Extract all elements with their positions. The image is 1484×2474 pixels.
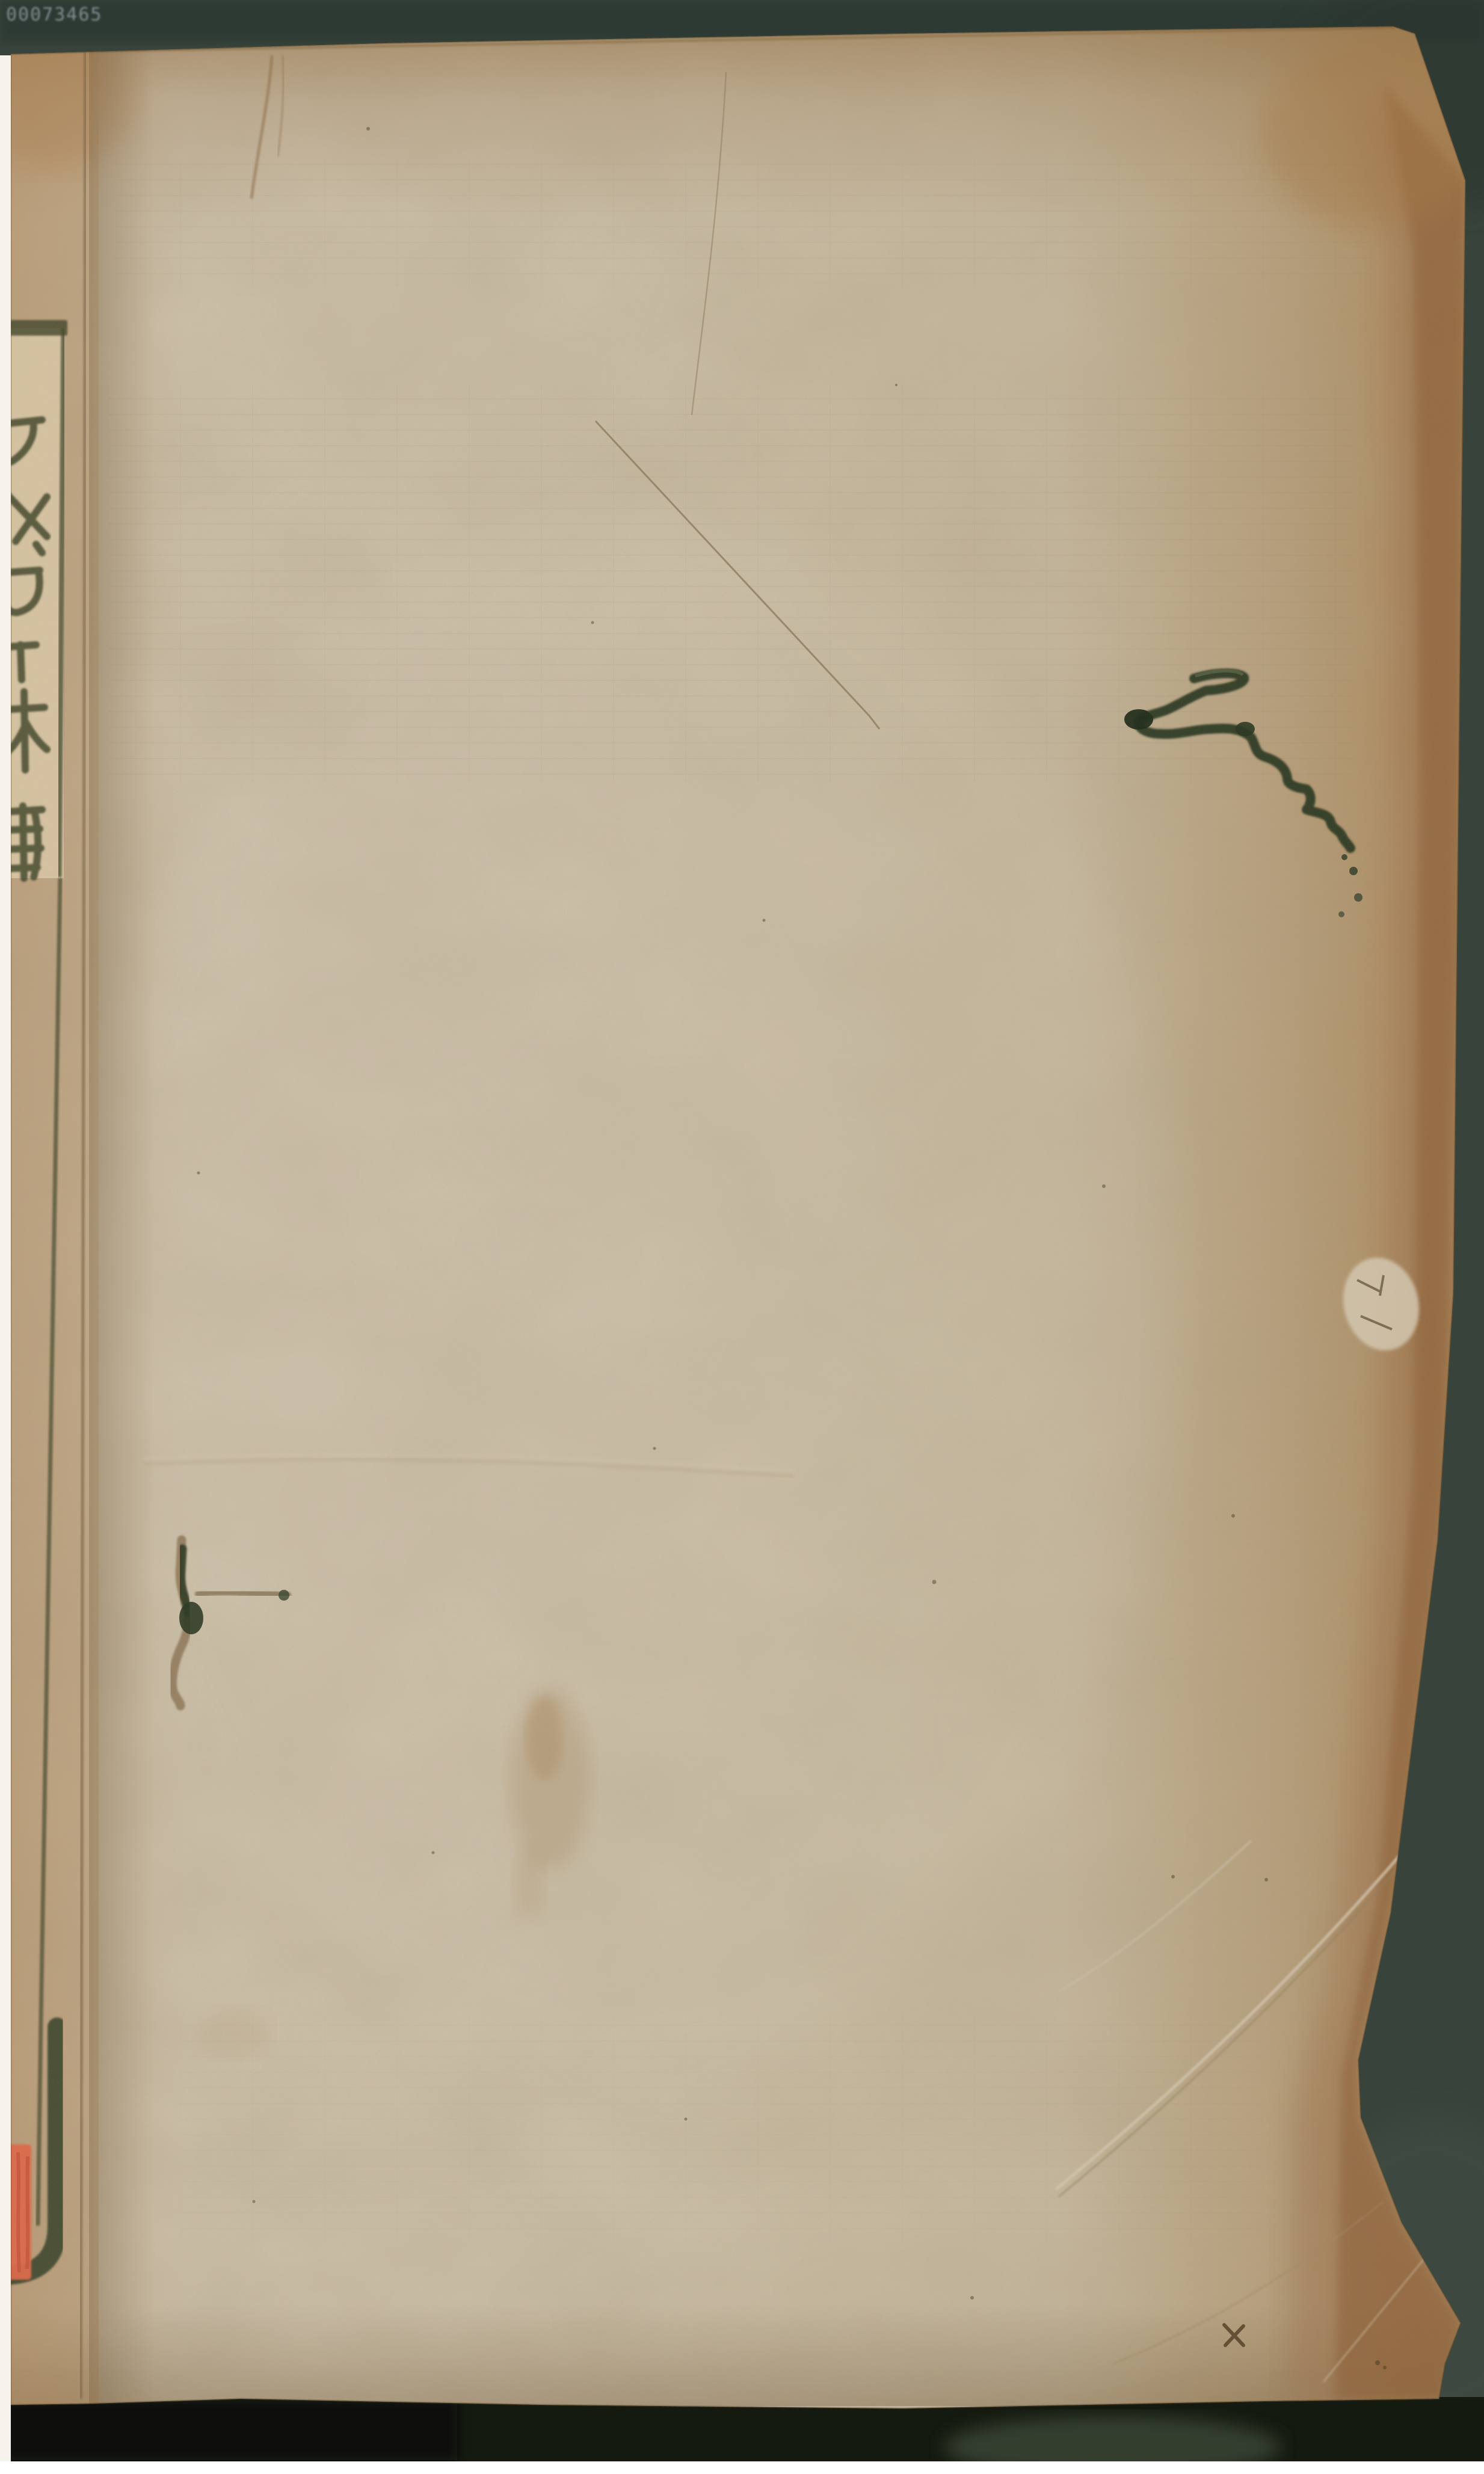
scan-margin-bottom [0, 2461, 1484, 2474]
book-scan: 00073465 [0, 0, 1484, 2474]
scan-margin-left [0, 55, 11, 2474]
book [0, 24, 1484, 2409]
book-bottom-shadow-left [0, 2400, 457, 2460]
paper-grain [8, 24, 1470, 2409]
archival-number: 00073465 [6, 4, 103, 25]
